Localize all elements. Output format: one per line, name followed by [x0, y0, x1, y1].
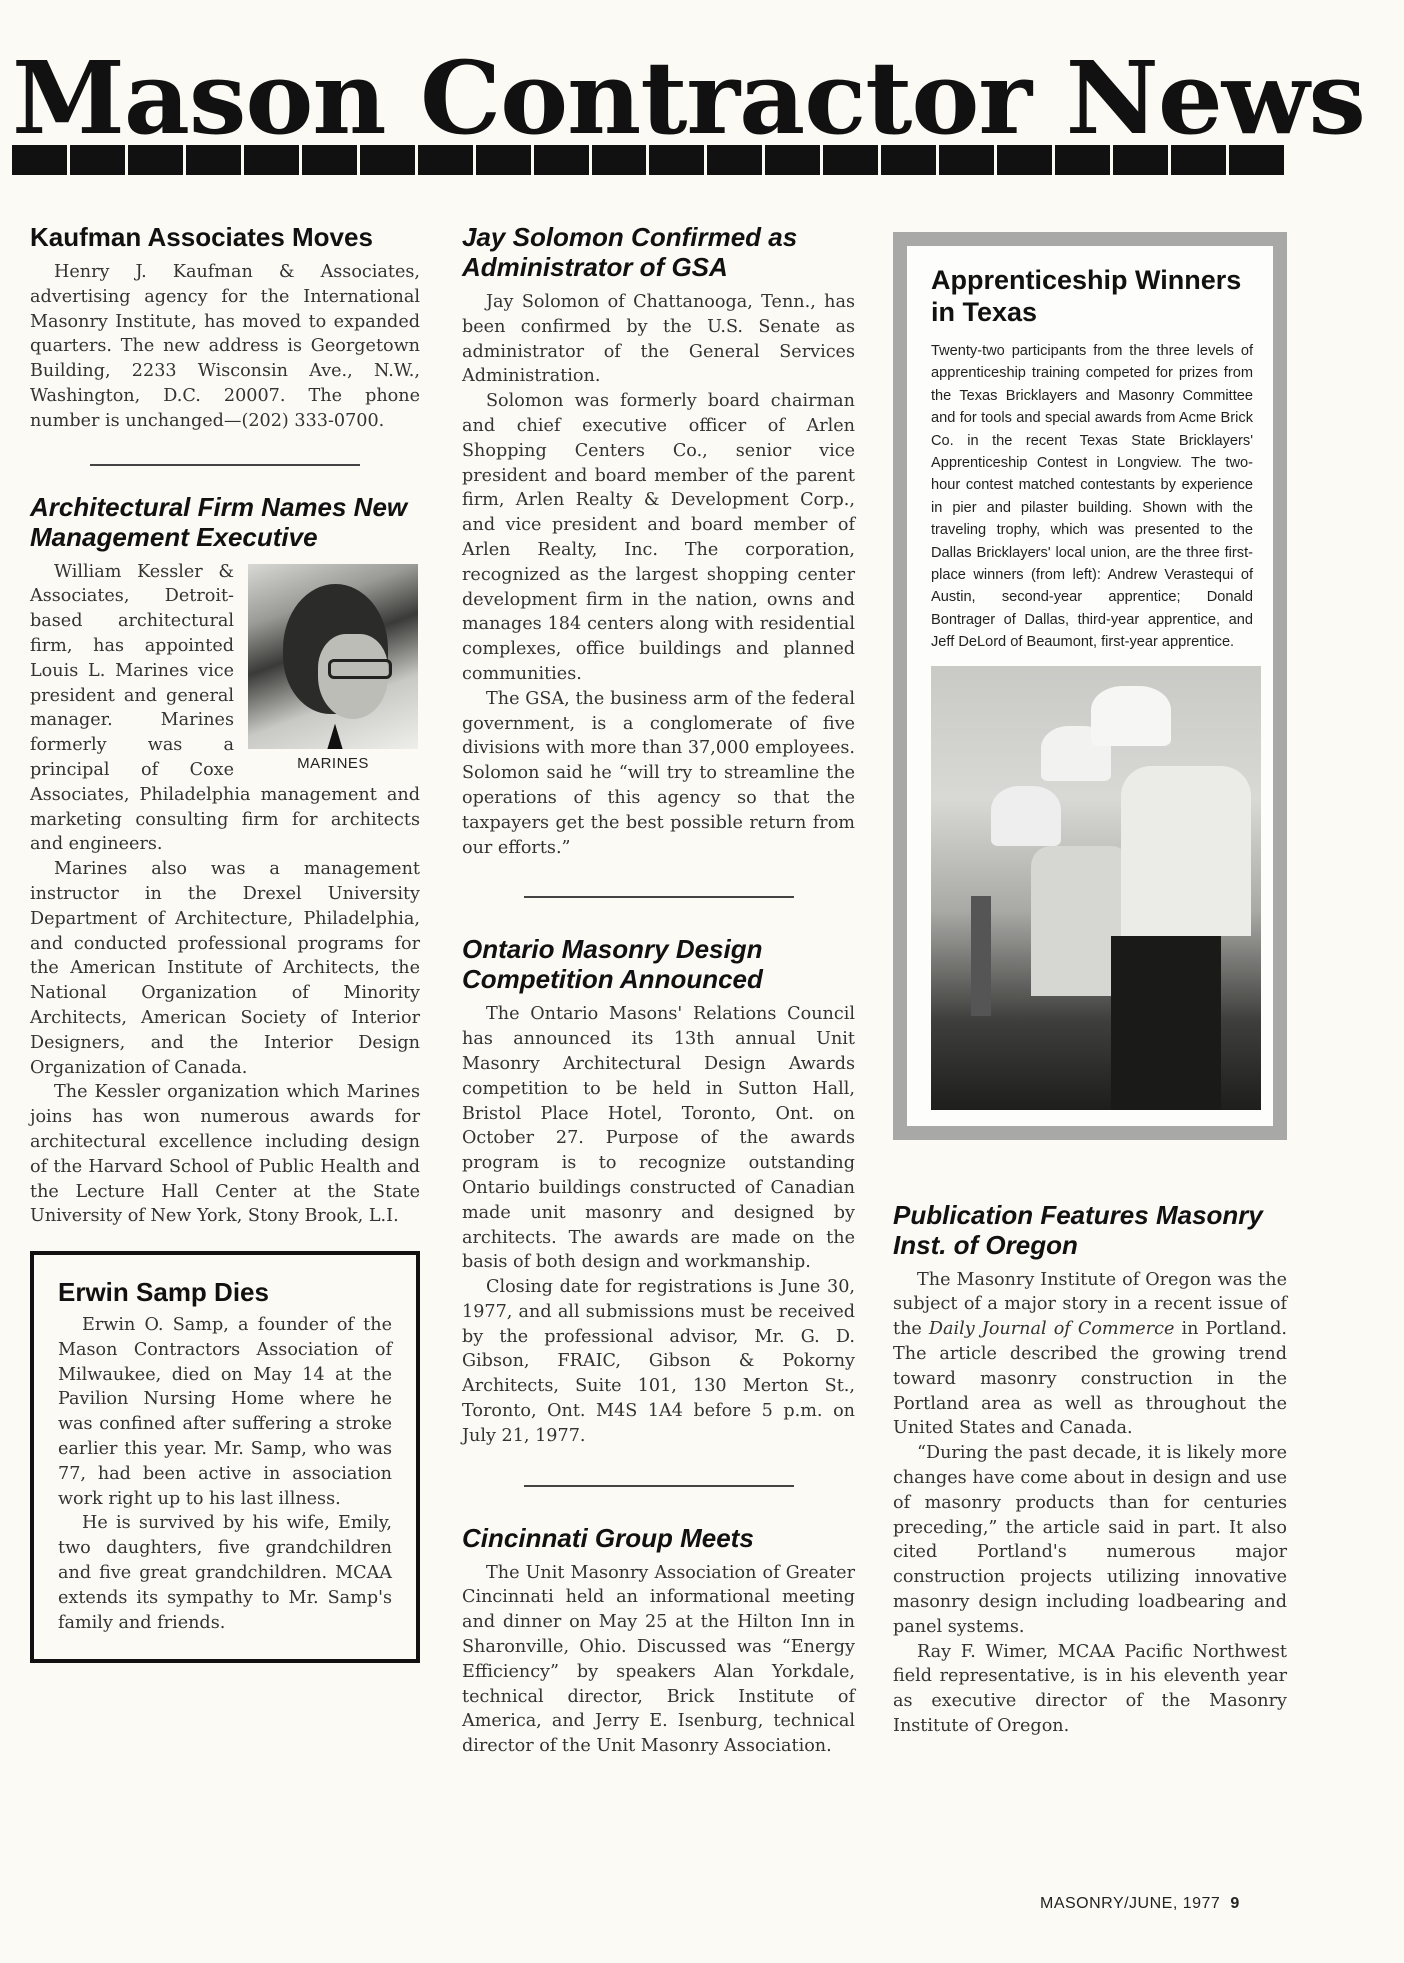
- headline: Publication Features Masonry Inst. of Or…: [893, 1200, 1287, 1260]
- page-number: 9: [1230, 1895, 1239, 1912]
- headline: Jay Solomon Confirmed as Administrator o…: [462, 222, 855, 282]
- headline: Apprenticeship Winners in Texas: [931, 264, 1253, 328]
- headline: Architectural Firm Names New Management …: [30, 492, 420, 552]
- paragraph: Jay Solomon of Chattanooga, Tenn., has b…: [462, 290, 855, 389]
- page-footer: MASONRY/JUNE, 19779: [1040, 1895, 1240, 1913]
- portrait-photo: [248, 564, 418, 749]
- column-2: Jay Solomon Confirmed as Administrator o…: [462, 222, 855, 1759]
- article-ontario-competition: Ontario Masonry Design Competition Annou…: [462, 934, 855, 1448]
- column-1: Kaufman Associates Moves Henry J. Kaufma…: [30, 222, 420, 1663]
- winners-photo: [931, 666, 1261, 1110]
- article-oregon: Publication Features Masonry Inst. of Or…: [893, 1200, 1287, 1739]
- divider: [90, 464, 360, 466]
- article-architectural-firm: Architectural Firm Names New Management …: [30, 492, 420, 1230]
- paragraph: “During the past decade, it is likely mo…: [893, 1441, 1287, 1639]
- paragraph: Ray F. Wimer, MCAA Pacific Northwest fie…: [893, 1640, 1287, 1739]
- paragraph: The Kessler organization which Marines j…: [30, 1080, 420, 1229]
- headline: Ontario Masonry Design Competition Annou…: [462, 934, 855, 994]
- paragraph: Closing date for registrations is June 3…: [462, 1275, 855, 1449]
- divider: [524, 896, 794, 898]
- article-erwin-samp: Erwin Samp Dies Erwin O. Samp, a founder…: [30, 1251, 420, 1663]
- paragraph: Erwin O. Samp, a founder of the Mason Co…: [58, 1313, 392, 1511]
- article-cincinnati: Cincinnati Group Meets The Unit Masonry …: [462, 1523, 855, 1759]
- publication-date: MASONRY/JUNE, 1977: [1040, 1895, 1220, 1912]
- paragraph: The GSA, the business arm of the federal…: [462, 687, 855, 861]
- divider: [524, 1485, 794, 1487]
- article-kaufman: Kaufman Associates Moves Henry J. Kaufma…: [30, 222, 420, 434]
- headline: Erwin Samp Dies: [58, 1277, 392, 1307]
- paragraph: Henry J. Kaufman & Associates, advertisi…: [30, 260, 420, 434]
- photo-caption: MARINES: [248, 755, 418, 772]
- paragraph: Twenty-two participants from the three l…: [931, 340, 1253, 654]
- paragraph: Solomon was formerly board chairman and …: [462, 389, 855, 687]
- headline: Cincinnati Group Meets: [462, 1523, 855, 1553]
- paragraph: He is survived by his wife, Emily, two d…: [58, 1511, 392, 1635]
- masthead-title: Mason Contractor News: [12, 48, 1320, 148]
- headline: Kaufman Associates Moves: [30, 222, 420, 252]
- column-3: Apprenticeship Winners in Texas Twenty-t…: [893, 232, 1287, 1739]
- paragraph: The Masonry Institute of Oregon was the …: [893, 1268, 1287, 1442]
- article-jay-solomon: Jay Solomon Confirmed as Administrator o…: [462, 222, 855, 860]
- paragraph: The Unit Masonry Association of Greater …: [462, 1561, 855, 1759]
- paragraph: Marines also was a management instructor…: [30, 857, 420, 1080]
- portrait-figure: MARINES: [248, 564, 418, 772]
- masthead-rule: [12, 145, 1284, 175]
- publication-title: Daily Journal of Commerce: [929, 1319, 1174, 1339]
- sidebar-box-apprenticeship: Apprenticeship Winners in Texas Twenty-t…: [893, 232, 1287, 1140]
- paragraph: The Ontario Masons' Relations Council ha…: [462, 1002, 855, 1275]
